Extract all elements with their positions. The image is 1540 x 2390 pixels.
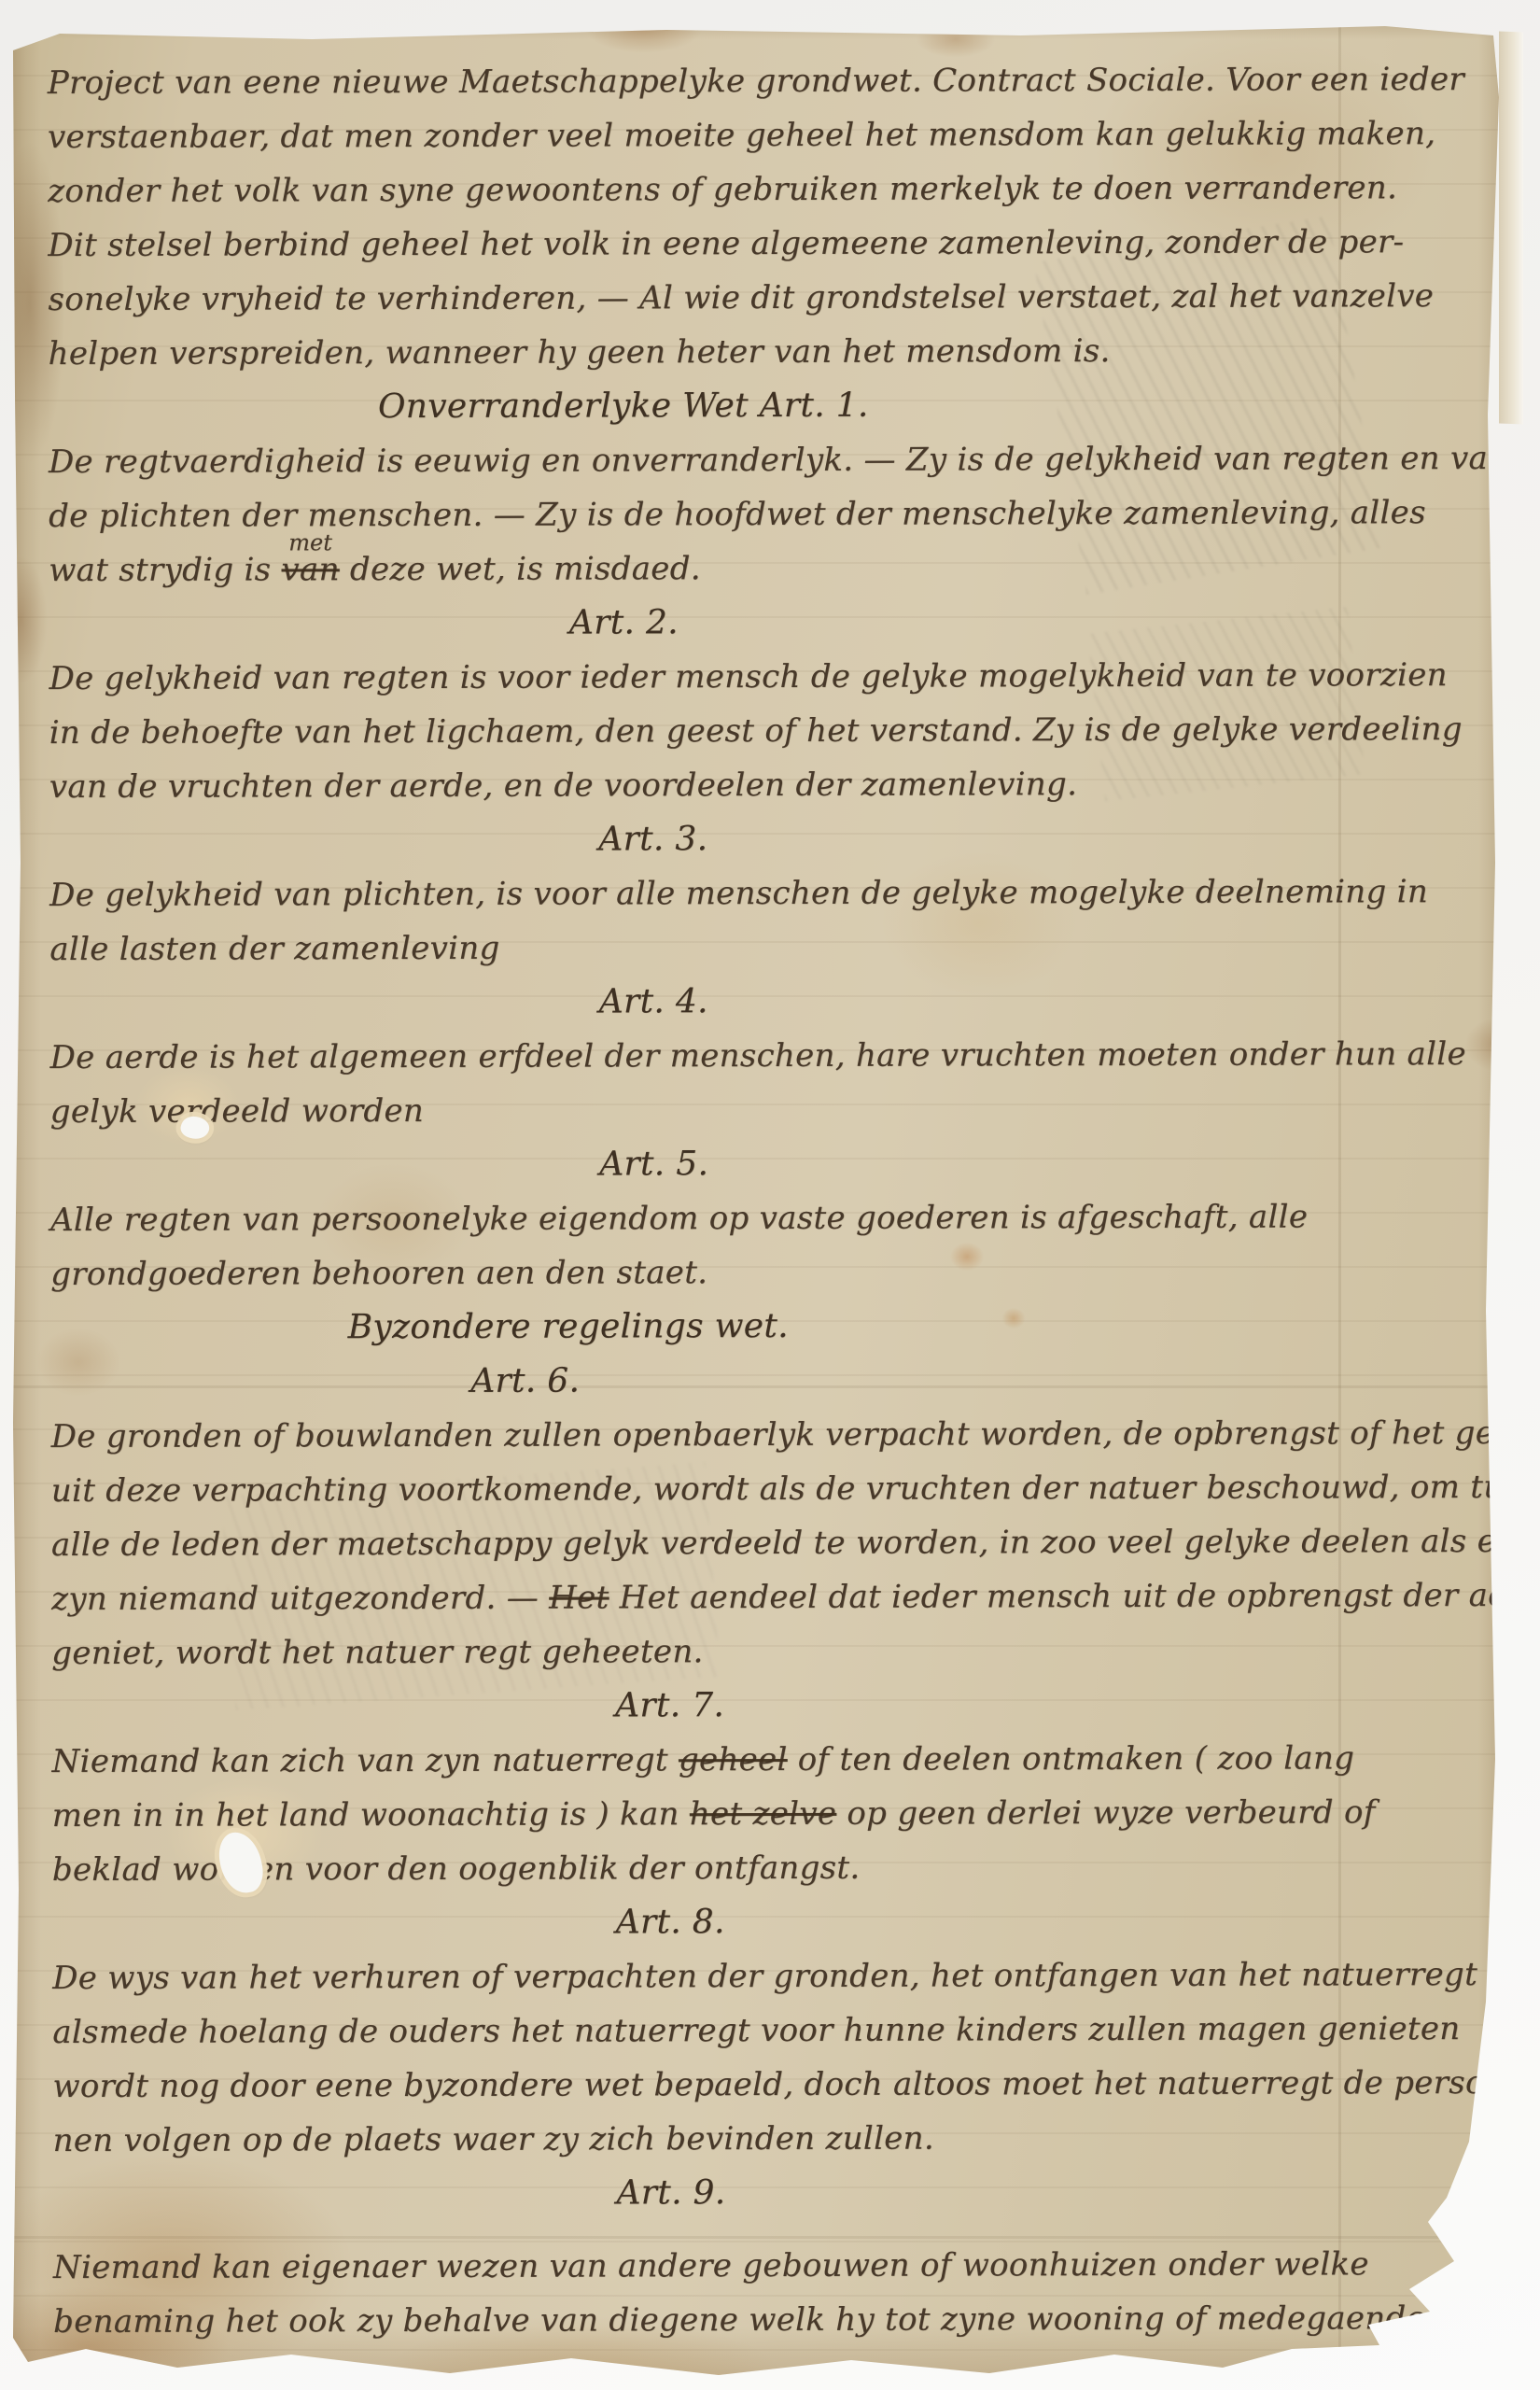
text-line: Art. 7. bbox=[0, 1677, 1389, 1735]
text-segment: Art. 8. bbox=[616, 1903, 725, 1941]
underlying-page-edge bbox=[1499, 32, 1523, 425]
text-segment: verstaenbaer, dat men zonder veel moeite… bbox=[48, 115, 1435, 156]
text-line: grondgoederen behooren aen den staet. bbox=[50, 1244, 1488, 1301]
text-line: gelyk verdeeld worden bbox=[50, 1081, 1488, 1139]
text-line: beklad worden voor den oogenblik der ont… bbox=[52, 1839, 1490, 1897]
text-line: Alle regten van persoonelyke eigendom op… bbox=[50, 1189, 1488, 1247]
text-segment: alle de leden der maetschappy gelyk verd… bbox=[51, 1522, 1540, 1564]
article-heading: Art. 9. bbox=[53, 2164, 1491, 2222]
text-line: Art. 5. bbox=[0, 1135, 1373, 1193]
text-line: Dit stelsel berbind geheel het volk in e… bbox=[48, 215, 1485, 273]
struck-out-text: geheel bbox=[679, 1741, 788, 1778]
text-segment: Art. 7. bbox=[615, 1686, 724, 1724]
text-line: Art. 9. bbox=[0, 2164, 1390, 2222]
text-line: wordt nog door eene byzondere wet bepael… bbox=[52, 2056, 1490, 2114]
manuscript-paper: Project van eene nieuwe Maetschappelyke … bbox=[13, 22, 1499, 2383]
text-segment: de plichten der menschen. — Zy is de hoo… bbox=[49, 494, 1426, 535]
text-segment: sonelyke vryheid te verhinderen, — Al wi… bbox=[48, 277, 1434, 318]
text-segment: benaming het ook zy behalve van diegene … bbox=[53, 2299, 1425, 2341]
text-segment: men in in het land woonachtig is ) kan bbox=[52, 1795, 690, 1835]
text-segment: Niemand kan zich van zyn natuerregt bbox=[52, 1741, 679, 1780]
paragraph: De regtvaerdigheid is eeuwig en onverran… bbox=[49, 431, 1486, 597]
text-line: benaming het ook zy behalve van diegene … bbox=[53, 2291, 1491, 2349]
text-line: De gelykheid van plichten, is voor alle … bbox=[49, 865, 1487, 922]
struck-out-text: Het bbox=[549, 1579, 609, 1616]
article-heading: Art. 4. bbox=[49, 973, 1487, 1031]
text-line: Art. 2. bbox=[0, 594, 1342, 652]
text-segment: wat strydig is bbox=[49, 551, 281, 589]
text-segment: Art. 3. bbox=[598, 820, 707, 858]
text-segment: Niemand kan eigenaer wezen van andere ge… bbox=[53, 2245, 1369, 2286]
text-segment: Het aendeel dat ieder mensch uit de opbr… bbox=[609, 1577, 1540, 1617]
text-line: De wys van het verhuren of verpachten de… bbox=[52, 1947, 1490, 2005]
text-line: in de behoefte van het ligchaem, den gee… bbox=[49, 702, 1487, 760]
text-segment: helpen verspreiden, wanneer hy geen hete… bbox=[49, 332, 1111, 373]
paragraph: Niemand kan zich van zyn natuerregt gehe… bbox=[51, 1731, 1489, 1897]
paragraph: Niemand kan eigenaer wezen van andere ge… bbox=[53, 2237, 1491, 2349]
text-segment: Art. 4. bbox=[599, 982, 708, 1020]
text-segment: De regtvaerdigheid is eeuwig en onverran… bbox=[49, 440, 1508, 481]
text-segment: De gelykheid van regten is voor ieder me… bbox=[49, 656, 1447, 697]
text-line: alle de leden der maetschappy gelyk verd… bbox=[51, 1514, 1489, 1572]
paragraph: De wys van het verhuren of verpachten de… bbox=[52, 1947, 1491, 2168]
paragraph: Project van eene nieuwe Maetschappelyke … bbox=[48, 52, 1486, 381]
article-heading: Art. 7. bbox=[51, 1677, 1489, 1735]
text-segment: van de vruchten der aerde, en de voordee… bbox=[49, 766, 1077, 806]
text-line: van de vruchten der aerde, en de voordee… bbox=[49, 756, 1487, 814]
text-line: Art. 4. bbox=[0, 973, 1372, 1031]
text-line: alle lasten der zamenleving bbox=[49, 919, 1487, 977]
paragraph: De aerde is het algemeen erfdeel der men… bbox=[50, 1027, 1488, 1139]
paragraph: De gelykheid van plichten, is voor alle … bbox=[49, 865, 1487, 977]
text-line: Byzondere regelings wet. bbox=[0, 1299, 1287, 1357]
text-line: de plichten der menschen. — Zy is de hoo… bbox=[49, 485, 1486, 543]
scan-background: { "page": { "type": "scanned handwritten… bbox=[0, 0, 1540, 2390]
paragraph: De gronden of bouwlanden zullen openbaer… bbox=[51, 1406, 1490, 1680]
text-line: zonder het volk van syne gewoontens of g… bbox=[48, 161, 1485, 218]
text-line: Project van eene nieuwe Maetschappelyke … bbox=[48, 52, 1485, 110]
text-segment: beklad worden voor den oogenblik der ont… bbox=[52, 1849, 861, 1889]
text-line: alsmede hoelang de ouders het natuerregt… bbox=[52, 2002, 1490, 2060]
article-heading: Art. 3. bbox=[49, 810, 1487, 868]
paragraph: Alle regten van persoonelyke eigendom op… bbox=[50, 1189, 1488, 1301]
text-segment: Dit stelsel berbind geheel het volk in e… bbox=[48, 223, 1404, 264]
text-line: Art. 8. bbox=[0, 1893, 1389, 1951]
text-line: De gronden of bouwlanden zullen openbaer… bbox=[51, 1406, 1489, 1464]
struck-out-text: het zelve bbox=[690, 1795, 837, 1833]
text-segment: De wys van het verhuren of verpachten de… bbox=[52, 1956, 1477, 1997]
article-heading: Onverranderlyke Wet Art. 1. bbox=[49, 377, 1486, 435]
text-segment: deze wet, is misdaed. bbox=[340, 550, 701, 588]
text-segment: Art. 5. bbox=[599, 1145, 708, 1183]
text-segment: De gelykheid van plichten, is voor alle … bbox=[49, 873, 1428, 914]
text-line: wat strydig is vanmet deze wet, is misda… bbox=[49, 540, 1486, 597]
text-line: men in in het land woonachtig is ) kan h… bbox=[52, 1785, 1490, 1843]
text-line: nen volgen op de plaets waer zy zich bev… bbox=[53, 2110, 1491, 2168]
text-segment: Art. 9. bbox=[616, 2173, 725, 2212]
text-line: helpen verspreiden, wanneer hy geen hete… bbox=[49, 323, 1486, 381]
text-segment: Byzondere regelings wet. bbox=[348, 1307, 789, 1346]
text-segment: uit deze verpachting voortkomende, wordt… bbox=[51, 1469, 1540, 1510]
text-line: De aerde is het algemeen erfdeel der men… bbox=[50, 1027, 1488, 1085]
text-segment: alsmede hoelang de ouders het natuerregt… bbox=[52, 2010, 1460, 2051]
article-heading: Art. 6. bbox=[50, 1352, 1488, 1410]
article-heading: Art. 2. bbox=[49, 594, 1486, 652]
text-line: Onverranderlyke Wet Art. 1. bbox=[0, 377, 1342, 435]
text-segment: De gronden of bouwlanden zullen openbaer… bbox=[51, 1414, 1526, 1455]
text-line: Niemand kan zich van zyn natuerregt gehe… bbox=[51, 1731, 1489, 1789]
text-segment: gelyk verdeeld worden bbox=[50, 1092, 424, 1131]
text-segment: De aerde is het algemeen erfdeel der men… bbox=[50, 1035, 1466, 1076]
article-heading: Byzondere regelings wet. bbox=[50, 1298, 1488, 1356]
text-line: De regtvaerdigheid is eeuwig en onverran… bbox=[49, 431, 1486, 489]
text-line: Art. 3. bbox=[0, 810, 1372, 868]
article-heading: Art. 8. bbox=[52, 1893, 1490, 1951]
manuscript-text: Project van eene nieuwe Maetschappelyke … bbox=[48, 52, 1491, 2349]
text-line: sonelyke vryheid te verhinderen, — Al wi… bbox=[48, 269, 1485, 327]
text-line: Niemand kan eigenaer wezen van andere ge… bbox=[53, 2237, 1491, 2295]
text-line: verstaenbaer, dat men zonder veel moeite… bbox=[48, 106, 1485, 164]
text-segment: zyn niemand uitgezonderd. — bbox=[51, 1580, 549, 1618]
paragraph: De gelykheid van regten is voor ieder me… bbox=[49, 648, 1486, 814]
text-segment: Project van eene nieuwe Maetschappelyke … bbox=[48, 61, 1464, 102]
text-line: uit deze verpachting voortkomende, wordt… bbox=[51, 1460, 1489, 1518]
text-segment: zonder het volk van syne gewoontens of g… bbox=[48, 169, 1397, 210]
text-segment: Onverranderlyke Wet Art. 1. bbox=[378, 387, 869, 426]
text-line: De gelykheid van regten is voor ieder me… bbox=[49, 648, 1486, 706]
text-segment: geniet, wordt het natuer regt geheeten. bbox=[51, 1633, 703, 1672]
inserted-correction: met bbox=[288, 531, 332, 554]
text-line: zyn niemand uitgezonderd. — Het Het aend… bbox=[51, 1568, 1489, 1626]
text-segment: of ten deelen ontmaken ( zoo lang bbox=[788, 1739, 1355, 1778]
text-segment: grondgoederen behooren aen den staet. bbox=[50, 1254, 707, 1293]
text-segment: Alle regten van persoonelyke eigendom op… bbox=[50, 1198, 1308, 1239]
text-segment: alle lasten der zamenleving bbox=[49, 930, 499, 968]
text-segment: wordt nog door eene byzondere wet bepael… bbox=[52, 2064, 1515, 2105]
text-segment: op geen derlei wyze verbeurd of bbox=[836, 1793, 1375, 1833]
text-line: geniet, wordt het natuer regt geheeten. bbox=[51, 1623, 1489, 1680]
text-segment: Art. 2. bbox=[569, 603, 679, 641]
text-segment: Art. 6. bbox=[470, 1362, 580, 1400]
text-segment: nen volgen op de plaets waer zy zich bev… bbox=[53, 2120, 934, 2159]
struck-out-text: vanmet bbox=[281, 551, 339, 588]
article-heading: Art. 5. bbox=[50, 1135, 1488, 1193]
text-line: Art. 6. bbox=[0, 1353, 1244, 1411]
text-segment: in de behoefte van het ligchaem, den gee… bbox=[49, 710, 1463, 752]
